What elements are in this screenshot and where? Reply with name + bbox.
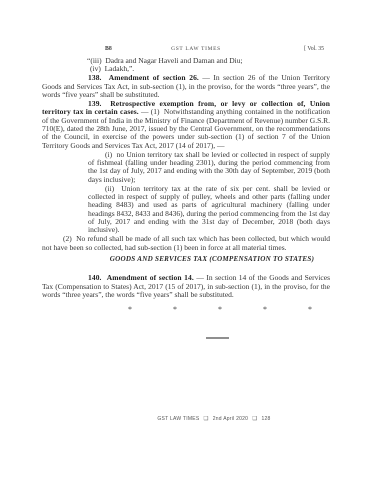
asterisk: * bbox=[308, 306, 312, 314]
asterisk-separator: * * * * * bbox=[128, 306, 312, 314]
statute-text-block: “(iii) Dadra and Nagar Haveli and Daman … bbox=[42, 57, 330, 314]
page-header: B8 GST LAW TIMES [ Vol. 35 bbox=[0, 46, 370, 56]
clause-ii-paragraph: (ii) Union territory tax at the rate of … bbox=[88, 185, 330, 235]
asterisk: * bbox=[263, 306, 267, 314]
asterisk: * bbox=[128, 306, 132, 314]
section-138-paragraph: 138. Amendment of section 26. — In secti… bbox=[42, 74, 330, 99]
section-140-paragraph: 140. Amendment of section 14. — In secti… bbox=[42, 274, 330, 299]
section-divider-rule bbox=[206, 337, 229, 339]
footer-page-number: 128 bbox=[261, 416, 270, 422]
section-139-paragraph: 139. Retrospective exemption from, or le… bbox=[42, 100, 330, 150]
clause-i-paragraph: (i) no Union territory tax shall be levi… bbox=[88, 151, 330, 184]
document-page: B8 GST LAW TIMES [ Vol. 35 “(iii) Dadra … bbox=[0, 0, 370, 480]
page-footer: GST LAW TIMES❑2nd April 2020❑128 bbox=[58, 416, 370, 422]
subsection-2-paragraph: (2) No refund shall be made of all such … bbox=[42, 235, 330, 252]
checkbox-icon: ❑ bbox=[203, 416, 208, 422]
checkbox-icon: ❑ bbox=[252, 416, 257, 422]
footer-journal-name: GST LAW TIMES bbox=[157, 416, 199, 422]
volume-label: [ Vol. 35 bbox=[304, 46, 324, 52]
asterisk: * bbox=[218, 306, 222, 314]
compensation-heading: GOODS AND SERVICES TAX (COMPENSATION TO … bbox=[42, 255, 330, 263]
footer-date: 2nd April 2020 bbox=[213, 416, 248, 422]
asterisk: * bbox=[173, 306, 177, 314]
